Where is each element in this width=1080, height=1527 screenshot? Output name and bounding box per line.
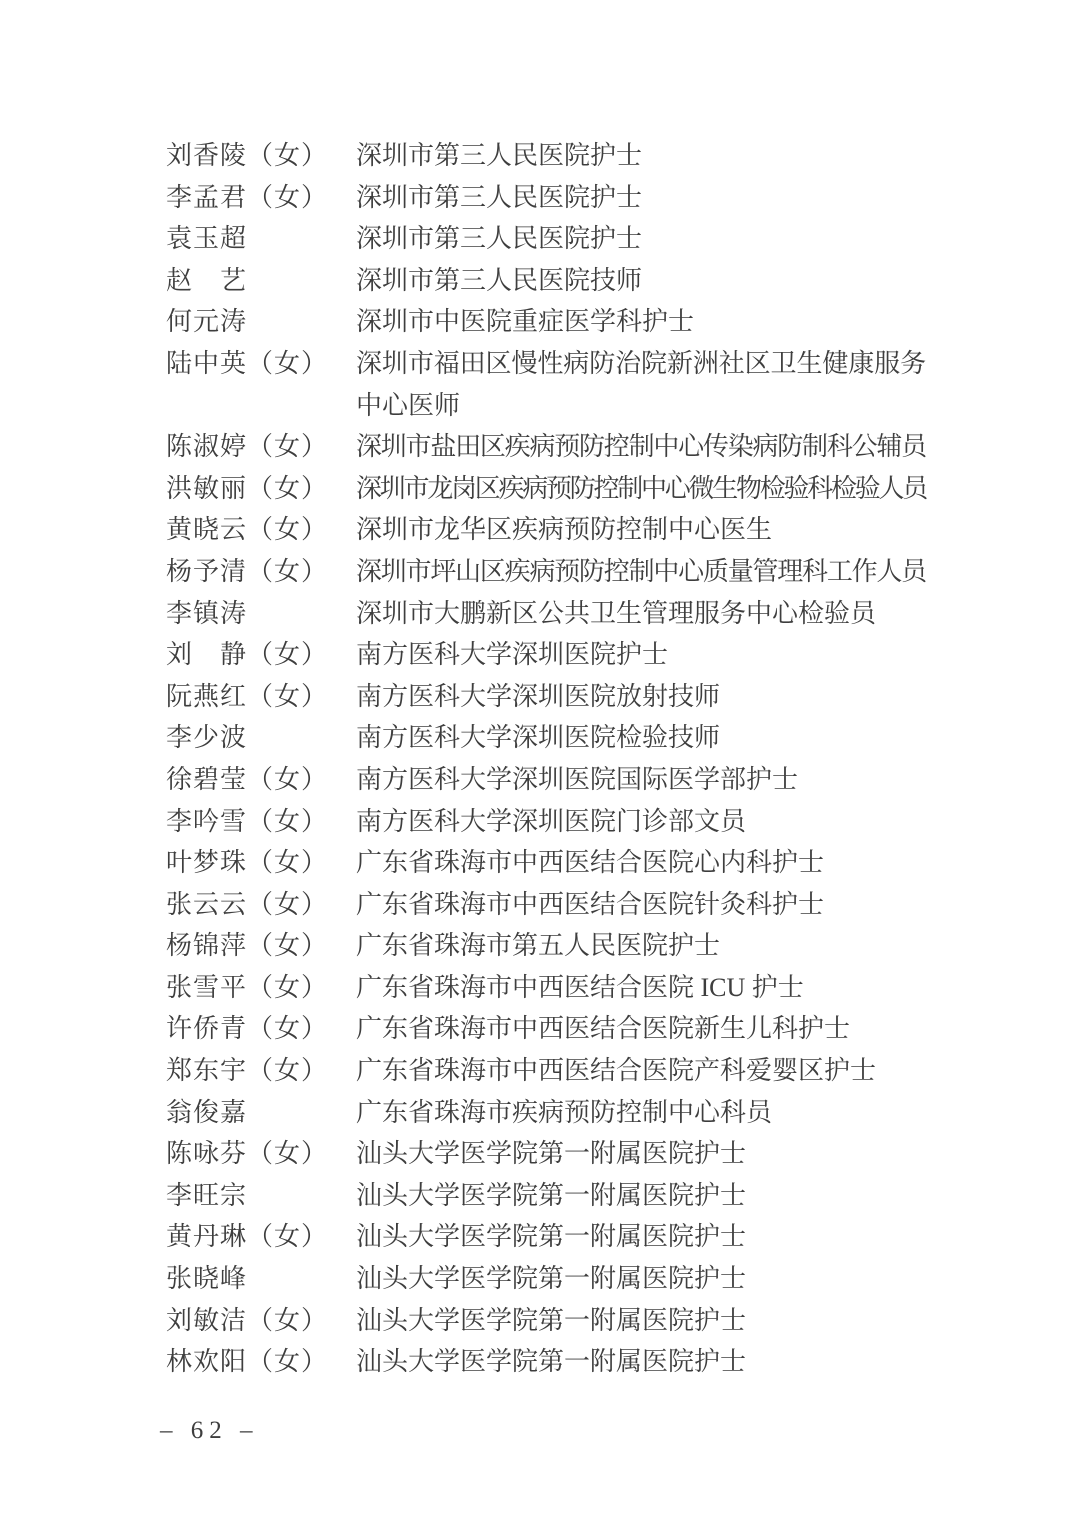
person-title: 深圳市坪山区疾病预防控制中心质量管理科工作人员 (356, 551, 938, 593)
person-name: 杨锦萍（女） (166, 925, 356, 967)
person-title-line: 广东省珠海市第五人民医院护士 (356, 925, 938, 967)
roster-row: 袁玉超 深圳市第三人民医院护士 (166, 218, 938, 260)
person-name: 袁玉超 (166, 218, 356, 260)
person-name: 杨予清（女） (166, 551, 356, 593)
page-number: – 62 – (160, 1416, 259, 1446)
person-title: 南方医科大学深圳医院护士 (356, 634, 938, 676)
roster-row: 郑东宇（女） 广东省珠海市中西医结合医院产科爱婴区护士 (166, 1050, 938, 1092)
person-title: 汕头大学医学院第一附属医院护士 (356, 1133, 938, 1175)
person-title-line: 深圳市坪山区疾病预防控制中心质量管理科工作人员 (356, 551, 938, 593)
roster-row: 洪敏丽（女） 深圳市龙岗区疾病预防控制中心微生物检验科检验人员 (166, 468, 938, 510)
person-title-line: 深圳市第三人民医院技师 (356, 260, 938, 302)
person-title-line: 汕头大学医学院第一附属医院护士 (356, 1133, 938, 1175)
person-title: 汕头大学医学院第一附属医院护士 (356, 1216, 938, 1258)
roster-row: 何元涛 深圳市中医院重症医学科护士 (166, 301, 938, 343)
person-name: 刘 静（女） (166, 634, 356, 676)
person-title: 深圳市盐田区疾病预防控制中心传染病防制科公辅员 (356, 426, 938, 468)
person-title: 深圳市第三人民医院护士 (356, 177, 938, 219)
roster-row: 赵 艺 深圳市第三人民医院技师 (166, 260, 938, 302)
person-title-line: 深圳市福田区慢性病防治院新洲社区卫生健康服务 (356, 343, 938, 385)
person-name: 刘香陵（女） (166, 135, 356, 177)
person-title: 广东省珠海市中西医结合医院新生儿科护士 (356, 1008, 938, 1050)
document-page: 刘香陵（女） 深圳市第三人民医院护士 李孟君（女） 深圳市第三人民医院护士 袁玉… (0, 0, 1080, 1527)
person-title: 广东省珠海市疾病预防控制中心科员 (356, 1092, 938, 1134)
person-title: 深圳市第三人民医院护士 (356, 135, 938, 177)
person-name: 李吟雪（女） (166, 801, 356, 843)
person-name: 陈淑婷（女） (166, 426, 356, 468)
roster-row: 刘 静（女） 南方医科大学深圳医院护士 (166, 634, 938, 676)
person-name: 张云云（女） (166, 884, 356, 926)
person-title: 广东省珠海市中西医结合医院产科爱婴区护士 (356, 1050, 938, 1092)
person-name: 黄丹琳（女） (166, 1216, 356, 1258)
person-title-line: 中心医师 (356, 385, 938, 427)
person-title-line: 南方医科大学深圳医院检验技师 (356, 717, 938, 759)
person-title: 汕头大学医学院第一附属医院护士 (356, 1175, 938, 1217)
person-title-line: 汕头大学医学院第一附属医院护士 (356, 1341, 938, 1383)
person-title: 广东省珠海市中西医结合医院心内科护士 (356, 842, 938, 884)
roster-row: 杨锦萍（女） 广东省珠海市第五人民医院护士 (166, 925, 938, 967)
person-title-line: 深圳市第三人民医院护士 (356, 177, 938, 219)
person-title-line: 南方医科大学深圳医院国际医学部护士 (356, 759, 938, 801)
person-title: 深圳市中医院重症医学科护士 (356, 301, 938, 343)
person-title-line: 深圳市龙岗区疾病预防控制中心微生物检验科检验人员 (356, 468, 938, 510)
person-title-line: 汕头大学医学院第一附属医院护士 (356, 1258, 938, 1300)
person-name: 刘敏洁（女） (166, 1300, 356, 1342)
person-name: 李旺宗 (166, 1175, 356, 1217)
person-title: 深圳市福田区慢性病防治院新洲社区卫生健康服务中心医师 (356, 343, 938, 426)
person-name: 翁俊嘉 (166, 1092, 356, 1134)
person-name: 张雪平（女） (166, 967, 356, 1009)
person-name: 林欢阳（女） (166, 1341, 356, 1383)
person-title-line: 南方医科大学深圳医院门诊部文员 (356, 801, 938, 843)
person-title-line: 深圳市盐田区疾病预防控制中心传染病防制科公辅员 (356, 426, 938, 468)
person-name: 洪敏丽（女） (166, 468, 356, 510)
roster-row: 黄晓云（女） 深圳市龙华区疾病预防控制中心医生 (166, 509, 938, 551)
roster-row: 李吟雪（女） 南方医科大学深圳医院门诊部文员 (166, 801, 938, 843)
person-title: 深圳市第三人民医院护士 (356, 218, 938, 260)
person-title: 广东省珠海市第五人民医院护士 (356, 925, 938, 967)
person-name: 李镇涛 (166, 593, 356, 635)
roster-row: 徐碧莹（女） 南方医科大学深圳医院国际医学部护士 (166, 759, 938, 801)
person-title: 汕头大学医学院第一附属医院护士 (356, 1258, 938, 1300)
person-name: 叶梦珠（女） (166, 842, 356, 884)
person-title: 南方医科大学深圳医院门诊部文员 (356, 801, 938, 843)
person-title-line: 深圳市中医院重症医学科护士 (356, 301, 938, 343)
roster-row: 李镇涛 深圳市大鹏新区公共卫生管理服务中心检验员 (166, 593, 938, 635)
roster-row: 叶梦珠（女） 广东省珠海市中西医结合医院心内科护士 (166, 842, 938, 884)
person-title: 汕头大学医学院第一附属医院护士 (356, 1300, 938, 1342)
roster-row: 刘香陵（女） 深圳市第三人民医院护士 (166, 135, 938, 177)
person-title-line: 深圳市第三人民医院护士 (356, 218, 938, 260)
roster-row: 黄丹琳（女） 汕头大学医学院第一附属医院护士 (166, 1216, 938, 1258)
person-title-line: 汕头大学医学院第一附属医院护士 (356, 1175, 938, 1217)
person-title-line: 深圳市龙华区疾病预防控制中心医生 (356, 509, 938, 551)
person-title-line: 广东省珠海市中西医结合医院 ICU 护士 (356, 967, 938, 1009)
roster-row: 翁俊嘉 广东省珠海市疾病预防控制中心科员 (166, 1092, 938, 1134)
roster-row: 陈咏芬（女） 汕头大学医学院第一附属医院护士 (166, 1133, 938, 1175)
person-title-line: 广东省珠海市中西医结合医院心内科护士 (356, 842, 938, 884)
roster-row: 陈淑婷（女） 深圳市盐田区疾病预防控制中心传染病防制科公辅员 (166, 426, 938, 468)
roster-row: 李少波 南方医科大学深圳医院检验技师 (166, 717, 938, 759)
person-name: 李少波 (166, 717, 356, 759)
person-title: 南方医科大学深圳医院检验技师 (356, 717, 938, 759)
person-title: 深圳市龙华区疾病预防控制中心医生 (356, 509, 938, 551)
roster-list: 刘香陵（女） 深圳市第三人民医院护士 李孟君（女） 深圳市第三人民医院护士 袁玉… (166, 135, 938, 1383)
person-title-line: 南方医科大学深圳医院护士 (356, 634, 938, 676)
person-title-line: 广东省珠海市疾病预防控制中心科员 (356, 1092, 938, 1134)
person-name: 张晓峰 (166, 1258, 356, 1300)
roster-row: 李孟君（女） 深圳市第三人民医院护士 (166, 177, 938, 219)
person-title-line: 广东省珠海市中西医结合医院产科爱婴区护士 (356, 1050, 938, 1092)
person-title-line: 南方医科大学深圳医院放射技师 (356, 676, 938, 718)
person-name: 郑东宇（女） (166, 1050, 356, 1092)
person-title-line: 深圳市大鹏新区公共卫生管理服务中心检验员 (356, 593, 938, 635)
person-name: 徐碧莹（女） (166, 759, 356, 801)
roster-row: 杨予清（女） 深圳市坪山区疾病预防控制中心质量管理科工作人员 (166, 551, 938, 593)
person-title: 汕头大学医学院第一附属医院护士 (356, 1341, 938, 1383)
person-name: 李孟君（女） (166, 177, 356, 219)
person-title: 南方医科大学深圳医院国际医学部护士 (356, 759, 938, 801)
person-title-line: 广东省珠海市中西医结合医院新生儿科护士 (356, 1008, 938, 1050)
person-name: 赵 艺 (166, 260, 356, 302)
roster-row: 刘敏洁（女） 汕头大学医学院第一附属医院护士 (166, 1300, 938, 1342)
person-title-line: 汕头大学医学院第一附属医院护士 (356, 1300, 938, 1342)
person-title: 广东省珠海市中西医结合医院 ICU 护士 (356, 967, 938, 1009)
roster-row: 张雪平（女） 广东省珠海市中西医结合医院 ICU 护士 (166, 967, 938, 1009)
roster-row: 林欢阳（女） 汕头大学医学院第一附属医院护士 (166, 1341, 938, 1383)
person-name: 黄晓云（女） (166, 509, 356, 551)
person-name: 阮燕红（女） (166, 676, 356, 718)
roster-row: 李旺宗 汕头大学医学院第一附属医院护士 (166, 1175, 938, 1217)
person-name: 何元涛 (166, 301, 356, 343)
roster-row: 阮燕红（女） 南方医科大学深圳医院放射技师 (166, 676, 938, 718)
person-name: 许侨青（女） (166, 1008, 356, 1050)
roster-row: 张云云（女） 广东省珠海市中西医结合医院针灸科护士 (166, 884, 938, 926)
person-name: 陆中英（女） (166, 343, 356, 385)
roster-row: 许侨青（女） 广东省珠海市中西医结合医院新生儿科护士 (166, 1008, 938, 1050)
person-title: 广东省珠海市中西医结合医院针灸科护士 (356, 884, 938, 926)
person-title-line: 广东省珠海市中西医结合医院针灸科护士 (356, 884, 938, 926)
person-title: 深圳市大鹏新区公共卫生管理服务中心检验员 (356, 593, 938, 635)
person-title-line: 汕头大学医学院第一附属医院护士 (356, 1216, 938, 1258)
roster-row: 张晓峰 汕头大学医学院第一附属医院护士 (166, 1258, 938, 1300)
roster-row: 陆中英（女） 深圳市福田区慢性病防治院新洲社区卫生健康服务中心医师 (166, 343, 938, 426)
person-name: 陈咏芬（女） (166, 1133, 356, 1175)
person-title: 南方医科大学深圳医院放射技师 (356, 676, 938, 718)
person-title: 深圳市第三人民医院技师 (356, 260, 938, 302)
person-title: 深圳市龙岗区疾病预防控制中心微生物检验科检验人员 (356, 468, 938, 510)
person-title-line: 深圳市第三人民医院护士 (356, 135, 938, 177)
